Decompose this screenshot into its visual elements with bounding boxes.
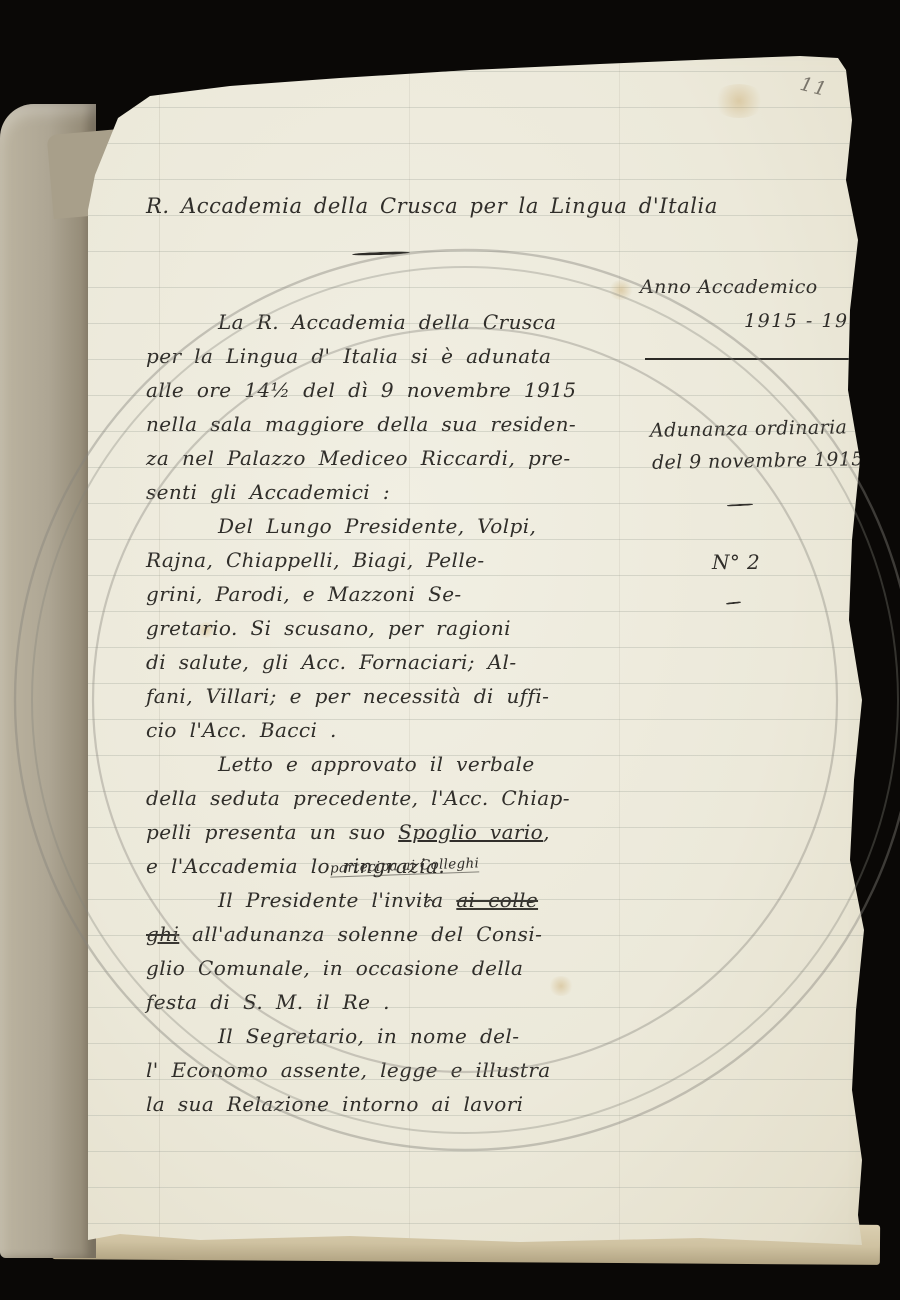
manuscript-line: fani, Villari; e per necessità di uffi- — [146, 679, 658, 713]
margin-rule-line — [645, 358, 853, 360]
manuscript-line: l' Economo assente, legge e illustra — [146, 1053, 658, 1087]
manuscript-line: Rajna, Chiappelli, Biagi, Pelle- — [146, 543, 658, 577]
manuscript-line: Del Lungo Presidente, Volpi, — [146, 509, 658, 543]
margin-session-number: N° 2 — [712, 550, 760, 574]
photographed-manuscript-scene: 11 R. Accademia della Crusca per la Ling… — [0, 0, 900, 1300]
manuscript-line: nella sala maggiore della sua residen- — [146, 407, 658, 441]
manuscript-line: pelli presenta un suo Spoglio vario, — [146, 815, 658, 849]
margin-adunanza-line1: Adunanza ordinaria — [650, 416, 848, 441]
manuscript-line: za nel Palazzo Mediceo Riccardi, pre- — [146, 441, 658, 475]
manuscript-line: di salute, gli Acc. Fornaciari; Al- — [146, 645, 658, 679]
manuscript-line: La R. Accademia della Crusca — [146, 305, 658, 339]
margin-anno-accademico-label: Anno Accademico — [640, 276, 818, 298]
manuscript-line: cio l'Acc. Bacci . — [146, 713, 658, 747]
manuscript-line: ghi all'adunanza solenne del Consi- — [146, 917, 658, 951]
margin-adunanza-line2: del 9 novembre 1915 — [652, 448, 864, 474]
foxing-stain — [608, 280, 634, 300]
manuscript-line: festa di S. M. il Re . — [146, 985, 658, 1019]
manuscript-body: La R. Accademia della Cruscaper la Lingu… — [146, 305, 658, 1121]
manuscript-line: la sua Relazione intorno ai lavori — [146, 1087, 658, 1121]
manuscript-line: grini, Parodi, e Mazzoni Se- — [146, 577, 658, 611]
margin-anno-accademico-years: 1915 - 1916 — [744, 310, 876, 332]
manuscript-line: della seduta precedente, l'Acc. Chiap- — [146, 781, 658, 815]
page-title: R. Accademia della Crusca per la Lingua … — [146, 194, 718, 218]
manuscript-line: glio Comunale, in occasione della — [146, 951, 658, 985]
manuscript-page: 11 R. Accademia della Crusca per la Ling… — [0, 0, 900, 1300]
foxing-stain — [712, 84, 766, 118]
insertion-caret-mark: ^ — [424, 896, 437, 914]
manuscript-line: per la Lingua d' Italia si è adunata — [146, 339, 658, 373]
manuscript-line: Il Presidente l'invita ai colle — [146, 883, 658, 917]
book-spine — [0, 104, 96, 1258]
manuscript-line: Letto e approvato il verbale — [146, 747, 658, 781]
manuscript-line: gretario. Si scusano, per ragioni — [146, 611, 658, 645]
manuscript-line: alle ore 14½ del dì 9 novembre 1915 — [146, 373, 658, 407]
manuscript-line: Il Segretario, in nome del- — [146, 1019, 658, 1053]
manuscript-line: senti gli Accademici : — [146, 475, 658, 509]
